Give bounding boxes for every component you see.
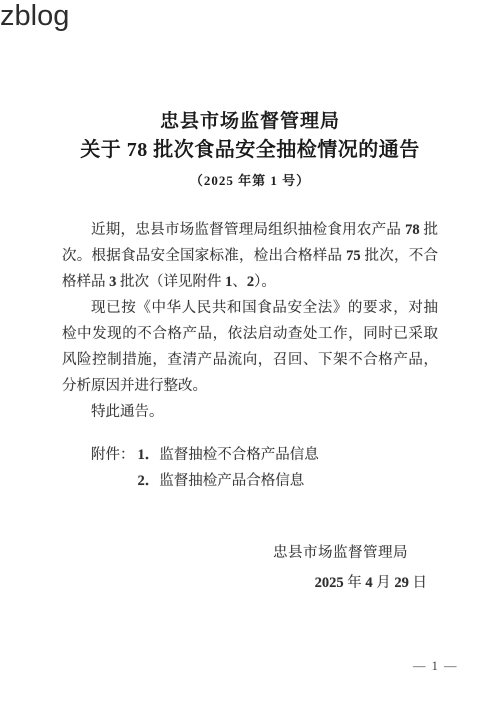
- document-title-line1: 忠县市场监督管理局: [0, 112, 500, 131]
- attachments-list: 1．监督抽检不合格产品信息 2．监督抽检产品合格信息: [138, 442, 319, 494]
- document-title-block: 忠县市场监督管理局 关于 78 批次食品安全抽检情况的通告 （2025 年第 1…: [0, 0, 500, 187]
- document-number: （2025 年第 1 号）: [0, 174, 500, 187]
- paragraph-measures-taken: 现已按《中华人民共和国食品安全法》的要求，对抽检中发现的不合格产品，依法启动查处…: [62, 295, 438, 399]
- document-title-line2: 关于 78 批次食品安全抽检情况的通告: [0, 140, 500, 160]
- attachments-label: 附件：: [91, 442, 135, 494]
- attachment-item-noncompliant-products: 1．监督抽检不合格产品信息: [138, 442, 319, 468]
- attachments-block: 附件： 1．监督抽检不合格产品信息 2．监督抽检产品合格信息: [62, 442, 438, 494]
- page-number: — 1 —: [413, 659, 458, 674]
- issuing-agency: 忠县市场监督管理局: [62, 538, 408, 568]
- signature-block: 忠县市场监督管理局 2025 年 4 月 29 日: [62, 538, 438, 598]
- attachment-item-compliant-products: 2．监督抽检产品合格信息: [138, 468, 319, 494]
- zblog-logo[interactable]: zblog: [0, 2, 69, 31]
- document-page: zblog 忠县市场监督管理局 关于 78 批次食品安全抽检情况的通告 （202…: [0, 0, 500, 707]
- document-body: 近期，忠县市场监督管理局组织抽检食用农产品 78 批次。根据食品安全国家标准，检…: [62, 217, 438, 598]
- paragraph-inspection-summary: 近期，忠县市场监督管理局组织抽检食用农产品 78 批次。根据食品安全国家标准，检…: [62, 217, 438, 295]
- issue-date: 2025 年 4 月 29 日: [62, 568, 427, 598]
- paragraph-closing-statement: 特此通告。: [62, 399, 438, 425]
